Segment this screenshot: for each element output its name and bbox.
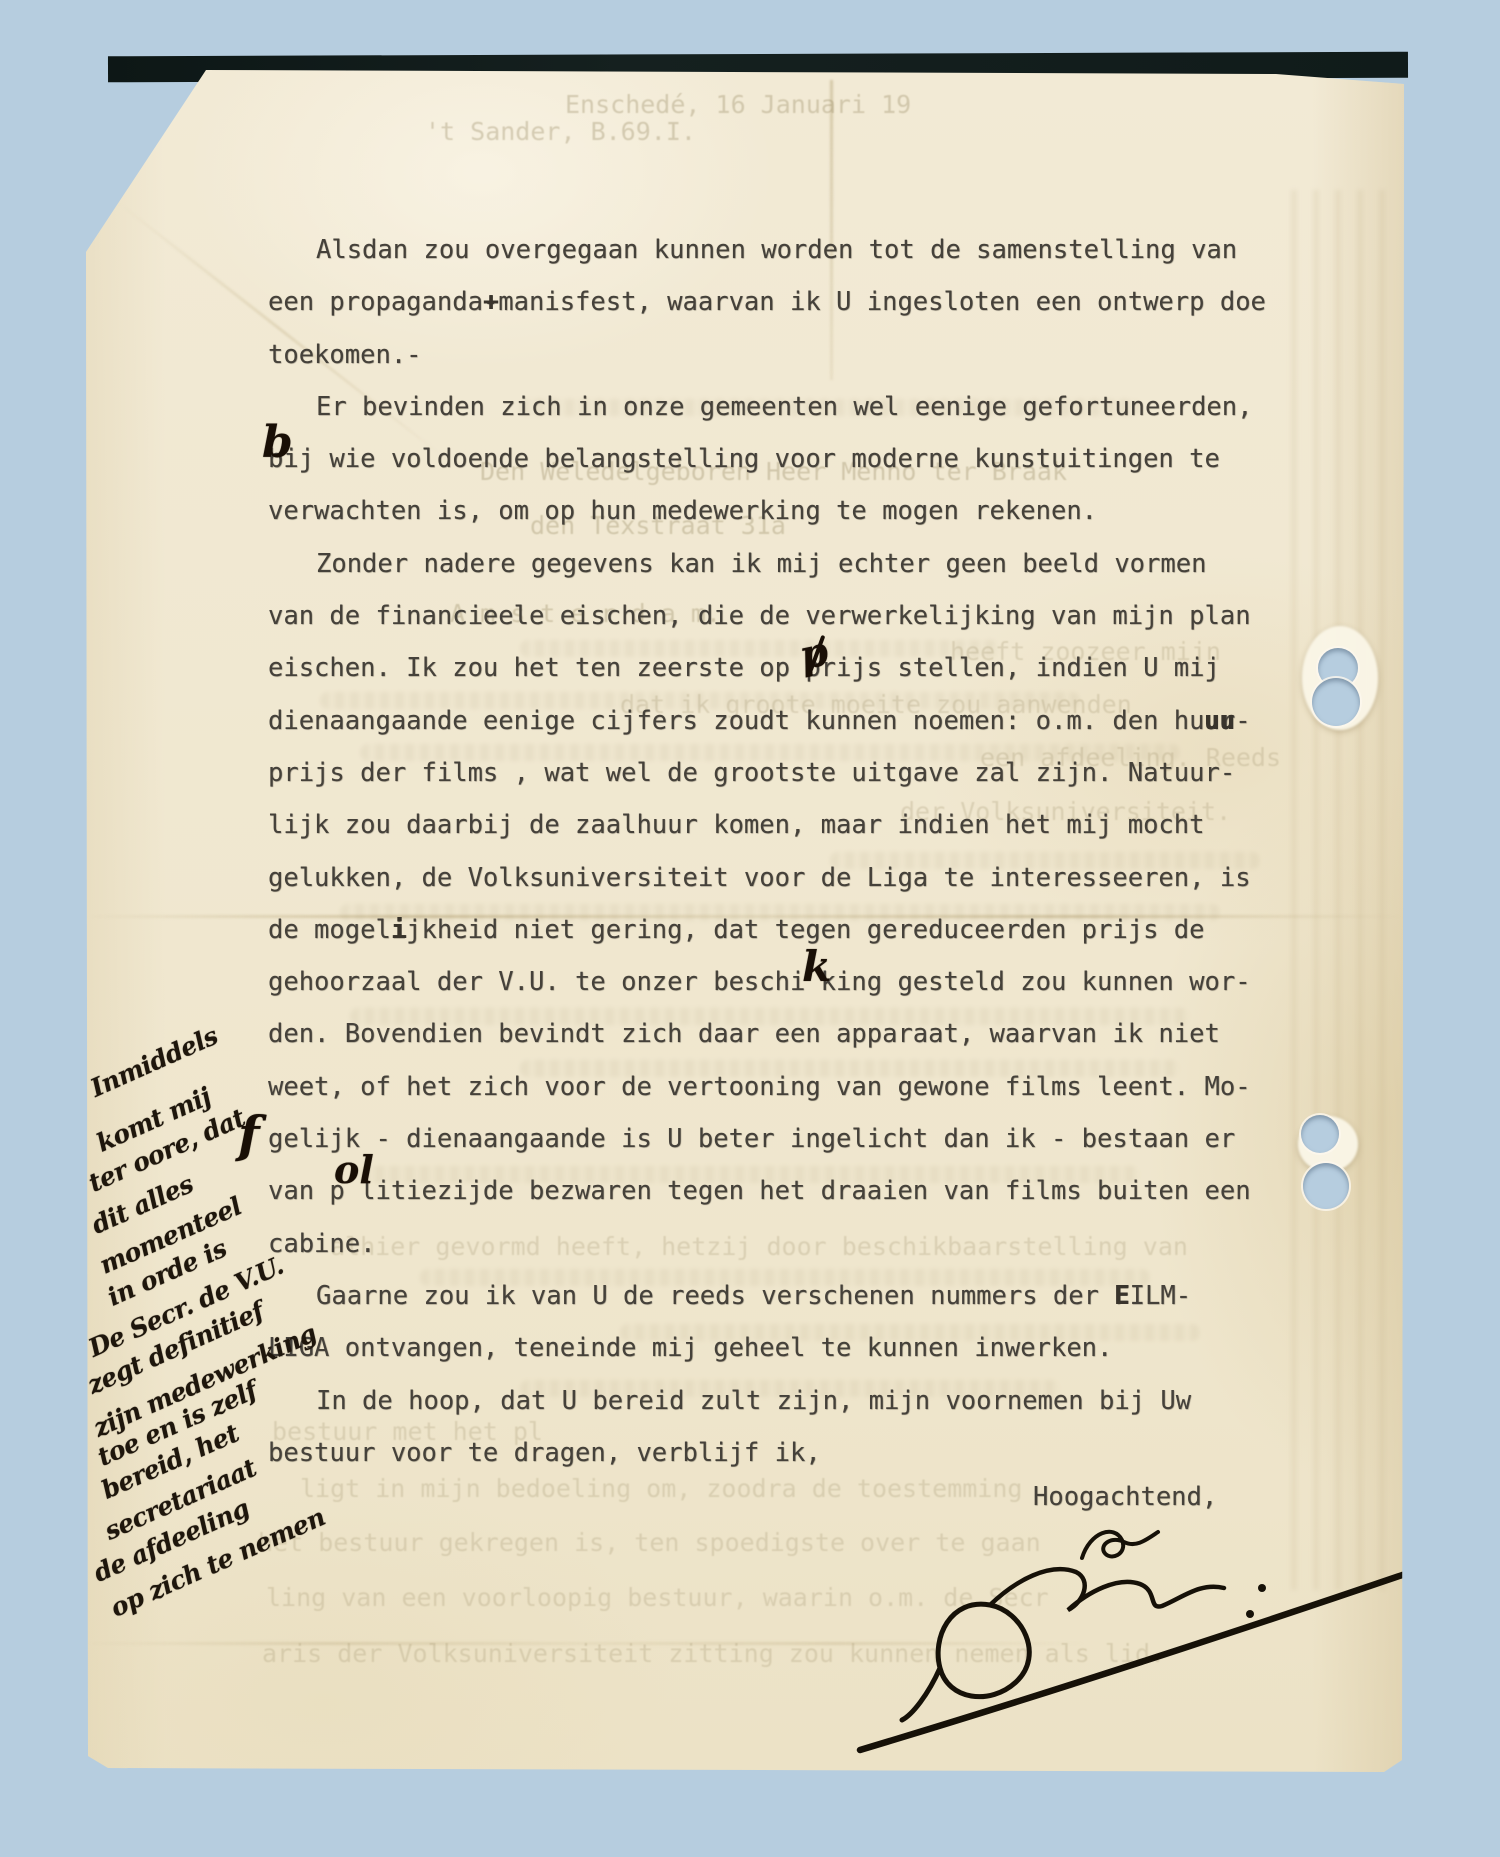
typed-line: gehoorzaal der V.U. te onzer beschi king… bbox=[268, 956, 1358, 1008]
typed-line-text: LIGA ontvangen, teneinde mij geheel te k… bbox=[268, 1333, 1112, 1363]
signature bbox=[840, 1510, 1480, 1780]
punch-hole bbox=[1303, 1163, 1349, 1209]
typed-line-text: prijs der films , wat wel de grootste ui… bbox=[268, 758, 1235, 788]
typed-line-text: lijk zou daarbij de zaalhuur komen, maar… bbox=[268, 810, 1205, 840]
typed-line-text: weet, of het zich voor de vertooning van… bbox=[268, 1072, 1251, 1102]
typed-line: prijs der films , wat wel de grootste ui… bbox=[268, 747, 1358, 799]
typed-line: lijk zou daarbij de zaalhuur komen, maar… bbox=[268, 799, 1358, 851]
typed-line-text: bij wie voldoende belangstelling voor mo… bbox=[268, 444, 1220, 474]
typed-line-text: bestuur voor te dragen, verblijf ik, bbox=[268, 1438, 821, 1468]
typed-text-block: Alsdan zou overgegaan kunnen worden tot … bbox=[268, 224, 1358, 1479]
typed-line: Zonder nadere gegevens kan ik mij echter… bbox=[268, 538, 1358, 590]
ink-correction-k: k bbox=[802, 946, 831, 988]
typed-line-text: Zonder nadere gegevens kan ik mij echter… bbox=[316, 549, 1206, 579]
ink-correction-b: b bbox=[262, 421, 293, 465]
typewriter-overstrike: E bbox=[1114, 1270, 1129, 1322]
ghost-line: 't Sander, B.69.I. bbox=[425, 117, 696, 146]
typed-line: Gaarne zou ik van U de reeds verschenen … bbox=[268, 1270, 1358, 1322]
typed-line: eischen. Ik zou het ten zeerste op prijs… bbox=[268, 642, 1358, 694]
typed-line: verwachten is, om op hun medewerking te … bbox=[268, 485, 1358, 537]
punch-hole bbox=[1312, 678, 1360, 726]
typed-line-text: eischen. Ik zou het ten zeerste op prijs… bbox=[268, 653, 1220, 683]
typed-line-text: de mogelijkheid niet gering, dat tegen g… bbox=[268, 915, 1205, 945]
typed-line: Er bevinden zich in onze gemeenten wel e… bbox=[268, 381, 1358, 433]
typed-line-text: verwachten is, om op hun medewerking te … bbox=[268, 496, 1097, 526]
typed-line-text: dienaangaande eenige cijfers zoudt kunne… bbox=[268, 706, 1251, 736]
typewriter-overstrike: uu bbox=[1204, 695, 1235, 747]
scanned-letter-page: { "colors": { "background": "#b6cddf", "… bbox=[0, 0, 1500, 1857]
ghost-line: Enschedé, 16 Januari 19 bbox=[565, 90, 911, 119]
typed-line: gelijk - dienaangaande is U beter ingeli… bbox=[268, 1113, 1358, 1165]
typed-line: In de hoop, dat U bereid zult zijn, mijn… bbox=[268, 1375, 1358, 1427]
typed-line: bestuur voor te dragen, verblijf ik, bbox=[268, 1427, 1358, 1479]
closing-salutation: Hoogachtend, bbox=[1033, 1482, 1217, 1512]
typed-line-text: Gaarne zou ik van U de reeds verschenen … bbox=[316, 1281, 1191, 1311]
typed-line: van p litiezijde bezwaren tegen het draa… bbox=[268, 1165, 1358, 1217]
typed-line-text: toekomen.- bbox=[268, 340, 422, 370]
typed-line-text: cabine. bbox=[268, 1229, 375, 1259]
typewriter-overstrike: + bbox=[483, 276, 498, 328]
typed-line-text: gelukken, de Volksuniversiteit voor de L… bbox=[268, 863, 1251, 893]
typed-line: LIGA ontvangen, teneinde mij geheel te k… bbox=[268, 1322, 1358, 1374]
typed-line-text: een propaganda-manisfest, waarvan ik U i… bbox=[268, 287, 1266, 317]
typed-line: toekomen.- bbox=[268, 329, 1358, 381]
typed-line: een propaganda-manisfest, waarvan ik U i… bbox=[268, 276, 1358, 328]
typed-line: dienaangaande eenige cijfers zoudt kunne… bbox=[268, 695, 1358, 747]
letter-paper: Enschedé, 16 Januari 19 't Sander, B.69.… bbox=[86, 70, 1404, 1772]
typed-line-text: van p litiezijde bezwaren tegen het draa… bbox=[268, 1176, 1251, 1206]
punch-hole bbox=[1301, 1115, 1339, 1153]
typed-line-text: In de hoop, dat U bereid zult zijn, mijn… bbox=[316, 1386, 1191, 1416]
typed-line-text: gehoorzaal der V.U. te onzer beschi king… bbox=[268, 967, 1251, 997]
typed-line: cabine. bbox=[268, 1218, 1358, 1270]
ink-correction-ol: ol bbox=[334, 1151, 374, 1189]
typed-line-text: Alsdan zou overgegaan kunnen worden tot … bbox=[316, 235, 1237, 265]
typed-line: bij wie voldoende belangstelling voor mo… bbox=[268, 433, 1358, 485]
typed-line: den. Bovendien bevindt zich daar een app… bbox=[268, 1008, 1358, 1060]
typed-line-text: van de financieele eischen, die de verwe… bbox=[268, 601, 1251, 631]
typed-line: gelukken, de Volksuniversiteit voor de L… bbox=[268, 852, 1358, 904]
typed-line-text: gelijk - dienaangaande is U beter ingeli… bbox=[268, 1124, 1235, 1154]
typed-line: Alsdan zou overgegaan kunnen worden tot … bbox=[268, 224, 1358, 276]
typed-line: weet, of het zich voor de vertooning van… bbox=[268, 1061, 1358, 1113]
typewriter-overstrike: i bbox=[391, 904, 406, 956]
typed-line-text: Er bevinden zich in onze gemeenten wel e… bbox=[316, 392, 1253, 422]
typed-line-text: den. Bovendien bevindt zich daar een app… bbox=[268, 1019, 1220, 1049]
